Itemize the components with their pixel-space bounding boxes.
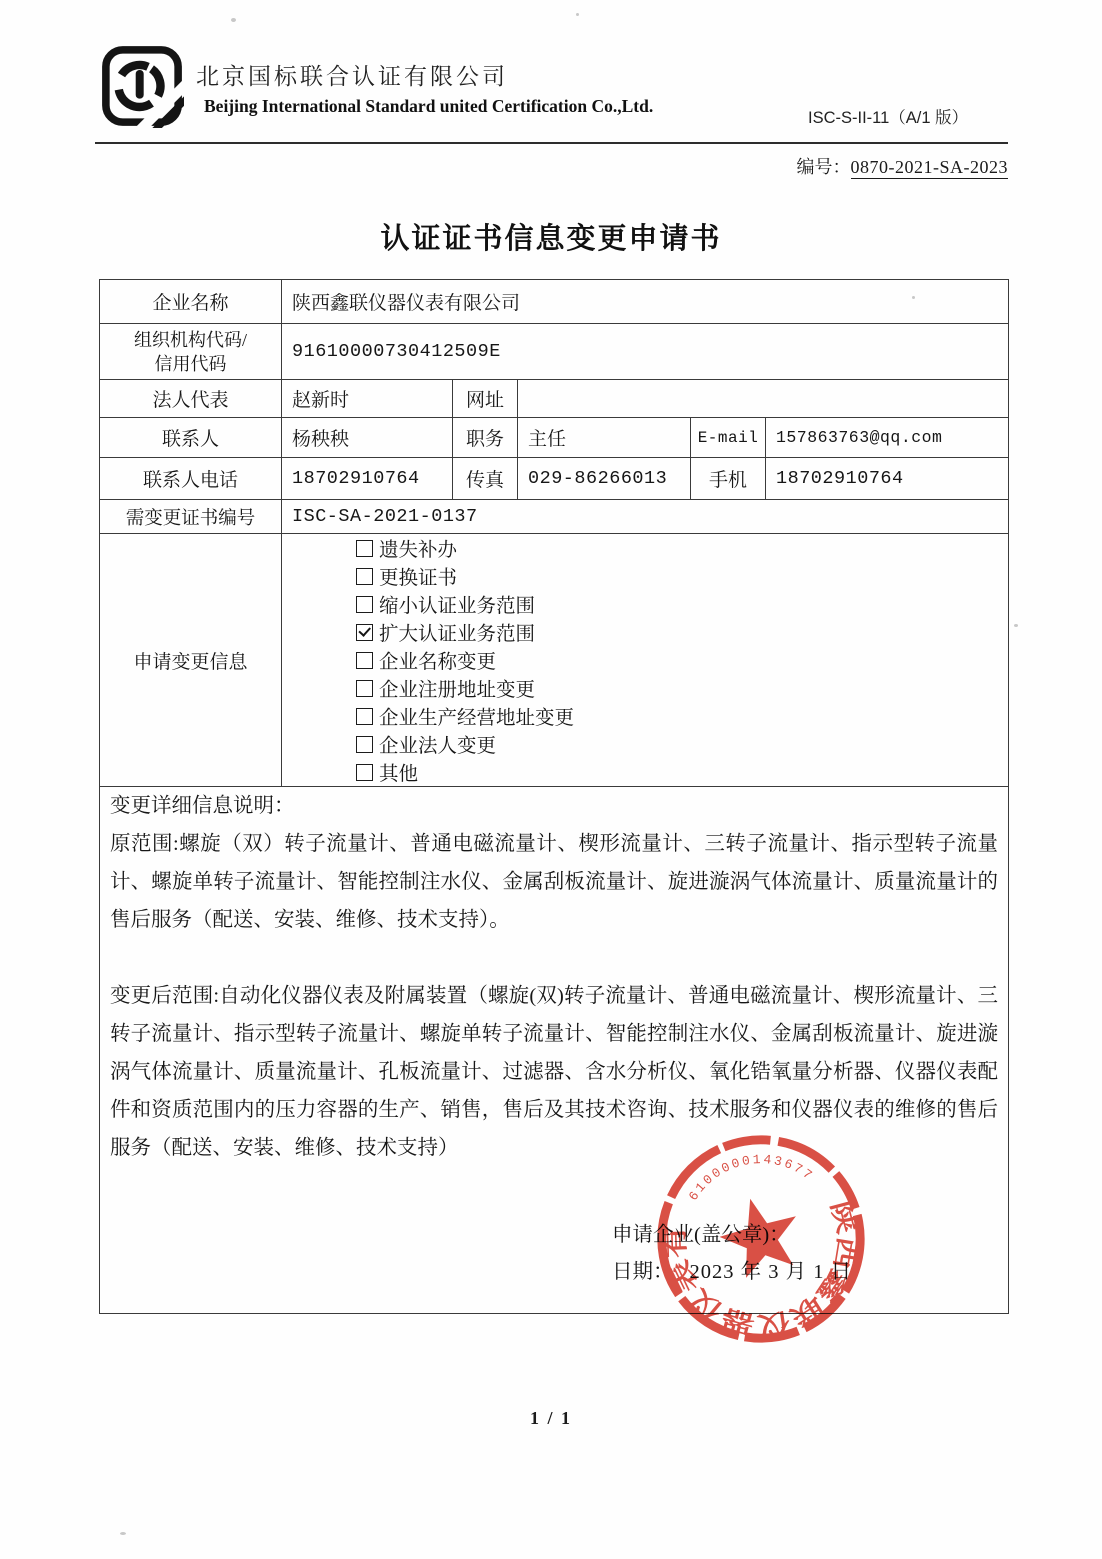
checkbox-icon <box>356 596 373 613</box>
change-option: 更换证书 <box>356 562 1008 590</box>
table-row: 申请变更信息 遗失补办 更换证书 缩小认证业务范围 扩大认证业务范围 企业名称变… <box>100 534 1009 787</box>
svg-text:陕西鑫联仪器仪表有限公司: 陕西鑫联仪器仪表有限公司 <box>657 1192 877 1354</box>
form-code: ISC-S-II-11（A/1 版） <box>808 104 968 128</box>
seal-company-name: 陕西鑫联仪器仪表有限公司 <box>657 1192 877 1354</box>
company-name-value: 陕西鑫联仪器仪表有限公司 <box>282 280 1009 324</box>
change-option: 企业注册地址变更 <box>356 674 1008 702</box>
change-info-options: 遗失补办 更换证书 缩小认证业务范围 扩大认证业务范围 企业名称变更 企业注册地… <box>282 534 1009 787</box>
change-option: 遗失补办 <box>356 534 1008 562</box>
mobile-label: 手机 <box>691 458 766 500</box>
legal-rep-value: 赵新时 <box>282 380 453 418</box>
cert-no-value: ISC-SA-2021-0137 <box>282 500 1009 534</box>
website-label: 网址 <box>453 380 518 418</box>
contact-phone-value: 18702910764 <box>282 458 453 500</box>
document-number-value: 0870-2021-SA-2023 <box>851 157 1009 179</box>
scan-speck <box>912 296 915 299</box>
website-value <box>518 380 1009 418</box>
certification-company-logo-icon <box>100 44 184 128</box>
checkbox-icon <box>356 652 373 669</box>
change-option: 扩大认证业务范围 <box>356 618 1008 646</box>
scan-speck <box>576 13 579 16</box>
position-value: 主任 <box>518 418 691 458</box>
change-info-label: 申请变更信息 <box>100 534 282 787</box>
cert-no-label: 需变更证书编号 <box>100 500 282 534</box>
page-title: 认证证书信息变更申请书 <box>0 216 1102 257</box>
fax-label: 传真 <box>453 458 518 500</box>
checkbox-icon <box>356 540 373 557</box>
email-label: E-mail <box>691 418 766 458</box>
position-label: 职务 <box>453 418 518 458</box>
change-option: 其他 <box>356 758 1008 786</box>
table-row: 联系人 杨秧秧 职务 主任 E-mail 157863763@qq.com <box>100 418 1009 458</box>
mobile-value: 18702910764 <box>766 458 1009 500</box>
checkbox-icon <box>356 568 373 585</box>
table-row: 组织机构代码/ 信用代码 91610000730412509E <box>100 324 1009 380</box>
scan-speck <box>120 1532 126 1535</box>
original-scope-text: 原范围:螺旋（双）转子流量计、普通电磁流量计、楔形流量计、三转子流量计、指示型转… <box>110 825 998 939</box>
spacer <box>110 939 998 977</box>
seal-star-icon <box>719 1199 795 1278</box>
email-value: 157863763@qq.com <box>766 418 1009 458</box>
company-seal-stamp: 陕西鑫联仪器仪表有限公司 6100000143677 <box>642 1120 880 1358</box>
table-row: 法人代表 赵新时 网址 <box>100 380 1009 418</box>
checkbox-icon <box>356 736 373 753</box>
change-option: 企业生产经营地址变更 <box>356 702 1008 730</box>
document-number-label: 编号： <box>797 157 851 177</box>
fax-value: 029-86266013 <box>518 458 691 500</box>
detail-heading: 变更详细信息说明： <box>110 787 998 825</box>
org-code-label: 组织机构代码/ 信用代码 <box>100 324 282 380</box>
change-option: 企业法人变更 <box>356 730 1008 758</box>
header-divider <box>95 142 1008 144</box>
checkbox-icon <box>356 680 373 697</box>
company-name-cn: 北京国标联合认证有限公司 <box>196 58 508 91</box>
contact-phone-label: 联系人电话 <box>100 458 282 500</box>
table-row: 需变更证书编号 ISC-SA-2021-0137 <box>100 500 1009 534</box>
legal-rep-label: 法人代表 <box>100 380 282 418</box>
table-row: 企业名称 陕西鑫联仪器仪表有限公司 <box>100 280 1009 324</box>
change-option: 缩小认证业务范围 <box>356 590 1008 618</box>
scan-speck <box>1014 624 1018 627</box>
org-code-value: 91610000730412509E <box>282 324 1009 380</box>
checkbox-checked-icon <box>356 624 373 641</box>
table-row: 联系人电话 18702910764 传真 029-86266013 手机 187… <box>100 458 1009 500</box>
checkbox-icon <box>356 708 373 725</box>
scanned-document-page: 北京国标联合认证有限公司 Beijing International Stand… <box>0 0 1102 1559</box>
company-name-label: 企业名称 <box>100 280 282 324</box>
change-option: 企业名称变更 <box>356 646 1008 674</box>
page-number: 1 / 1 <box>0 1408 1102 1429</box>
checkbox-icon <box>356 764 373 781</box>
contact-value: 杨秧秧 <box>282 418 453 458</box>
contact-label: 联系人 <box>100 418 282 458</box>
scan-speck <box>231 18 236 22</box>
document-number-line: 编号：0870-2021-SA-2023 <box>797 153 1009 179</box>
company-name-en: Beijing International Standard united Ce… <box>204 96 653 117</box>
